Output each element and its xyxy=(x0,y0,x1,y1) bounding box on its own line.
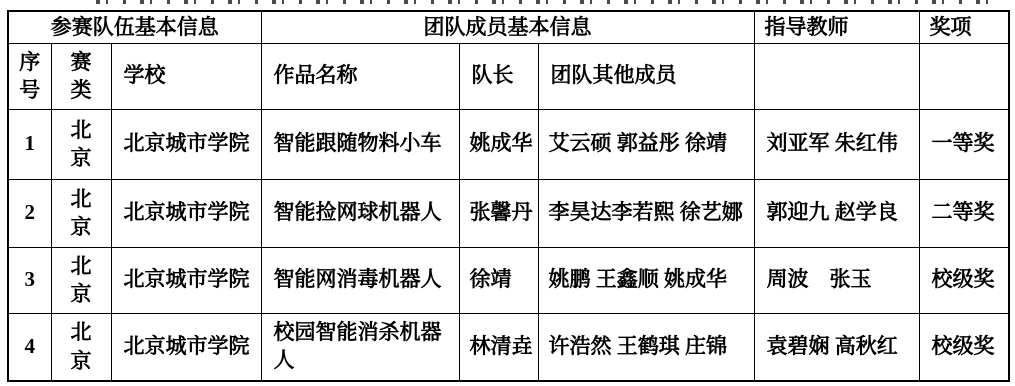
header-advisor: 指导教师 xyxy=(754,11,919,43)
header-team-basic-info: 参赛队伍基本信息 xyxy=(8,11,261,43)
clipped-text-top xyxy=(96,0,994,4)
cell-work: 智能捡网球机器人 xyxy=(261,179,459,247)
header-serial-number: 序号 xyxy=(8,43,51,109)
cell-leader: 徐靖 xyxy=(459,247,538,313)
cell-serial: 4 xyxy=(8,313,51,381)
header-school: 学校 xyxy=(111,43,261,109)
cell-award: 一等奖 xyxy=(919,109,1009,179)
awards-table: 参赛队伍基本信息 团队成员基本信息 指导教师 奖项 序号 赛类 学校 作品名称 … xyxy=(7,10,1010,382)
cell-school: 北京城市学院 xyxy=(111,179,261,247)
cell-advisors: 周波 张玉 xyxy=(754,247,919,313)
cell-leader: 姚成华 xyxy=(459,109,538,179)
table-row: 4 北京 北京城市学院 校园智能消杀机器人 林清垚 许浩然 王鹤琪 庄锦 袁碧娴… xyxy=(8,313,1009,381)
header-work-title: 作品名称 xyxy=(261,43,459,109)
cell-advisors: 郭迎九 赵学良 xyxy=(754,179,919,247)
cell-serial: 3 xyxy=(8,247,51,313)
cell-advisors: 袁碧娴 高秋红 xyxy=(754,313,919,381)
header-other-members: 团队其他成员 xyxy=(538,43,754,109)
table-row: 1 北京 北京城市学院 智能跟随物料小车 姚成华 艾云硕 郭益彤 徐靖 刘亚军 … xyxy=(8,109,1009,179)
cell-school: 北京城市学院 xyxy=(111,247,261,313)
header-leader: 队长 xyxy=(459,43,538,109)
header-row-columns: 序号 赛类 学校 作品名称 队长 团队其他成员 xyxy=(8,43,1009,109)
header-member-basic-info: 团队成员基本信息 xyxy=(261,11,754,43)
cell-members: 艾云硕 郭益彤 徐靖 xyxy=(538,109,754,179)
header-advisor-empty-cell xyxy=(754,43,919,109)
cell-category: 北京 xyxy=(51,179,111,247)
cell-serial: 1 xyxy=(8,109,51,179)
header-category: 赛类 xyxy=(51,43,111,109)
cell-award: 二等奖 xyxy=(919,179,1009,247)
cell-members: 李昊达李若熙 徐艺娜 xyxy=(538,179,754,247)
cell-category: 北京 xyxy=(51,247,111,313)
table-row: 3 北京 北京城市学院 智能网消毒机器人 徐靖 姚鹏 王鑫顺 姚成华 周波 张玉… xyxy=(8,247,1009,313)
page: 参赛队伍基本信息 团队成员基本信息 指导教师 奖项 序号 赛类 学校 作品名称 … xyxy=(0,0,1015,386)
header-award-empty-cell xyxy=(919,43,1009,109)
cell-work: 校园智能消杀机器人 xyxy=(261,313,459,381)
header-award: 奖项 xyxy=(919,11,1009,43)
cell-members: 许浩然 王鹤琪 庄锦 xyxy=(538,313,754,381)
cell-category: 北京 xyxy=(51,313,111,381)
cell-award: 校级奖 xyxy=(919,247,1009,313)
cell-leader: 张馨丹 xyxy=(459,179,538,247)
cell-work: 智能网消毒机器人 xyxy=(261,247,459,313)
cell-work: 智能跟随物料小车 xyxy=(261,109,459,179)
cell-category: 北京 xyxy=(51,109,111,179)
cell-members: 姚鹏 王鑫顺 姚成华 xyxy=(538,247,754,313)
cell-award: 校级奖 xyxy=(919,313,1009,381)
cell-school: 北京城市学院 xyxy=(111,313,261,381)
table-row: 2 北京 北京城市学院 智能捡网球机器人 张馨丹 李昊达李若熙 徐艺娜 郭迎九 … xyxy=(8,179,1009,247)
cell-serial: 2 xyxy=(8,179,51,247)
cell-leader: 林清垚 xyxy=(459,313,538,381)
header-row-groups: 参赛队伍基本信息 团队成员基本信息 指导教师 奖项 xyxy=(8,11,1009,43)
cell-school: 北京城市学院 xyxy=(111,109,261,179)
cell-advisors: 刘亚军 朱红伟 xyxy=(754,109,919,179)
